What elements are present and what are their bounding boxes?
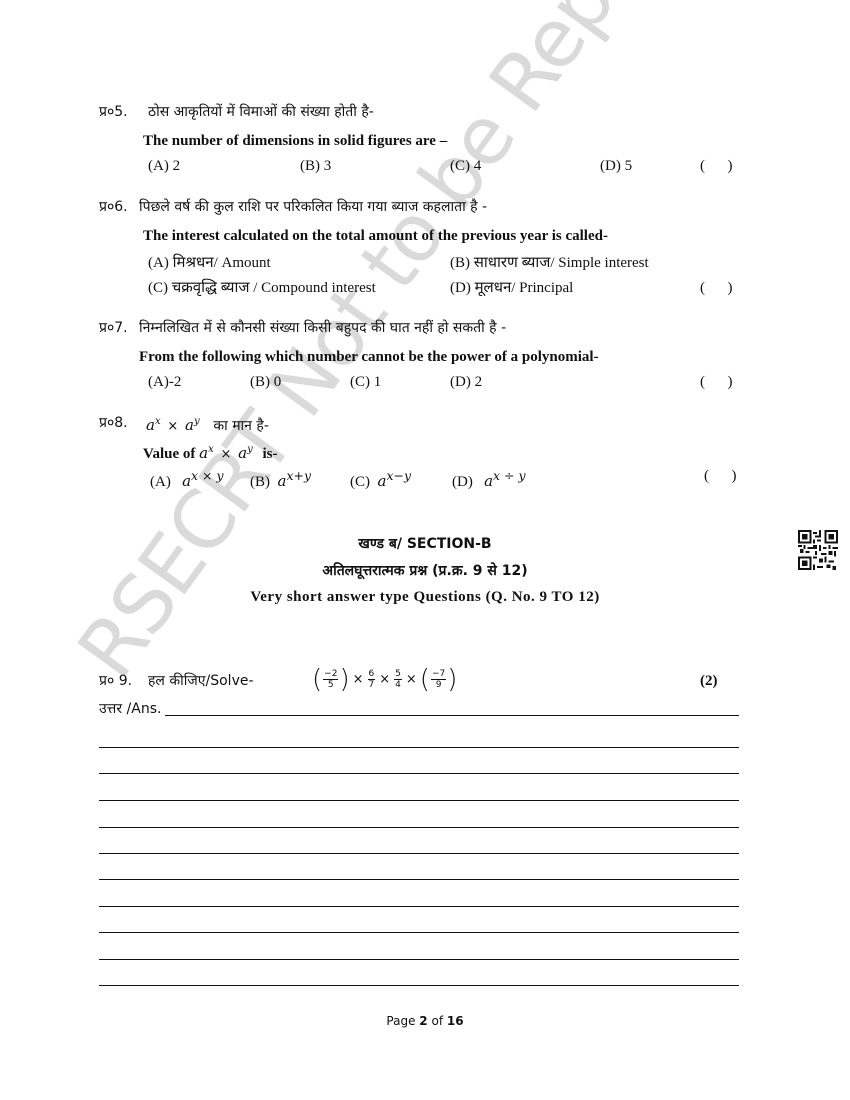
question-7-answer-box[interactable]: ( ): [700, 373, 733, 391]
question-7-english: From the following which number cannot b…: [139, 348, 599, 366]
question-8-option-a[interactable]: (A) ax × y: [150, 467, 224, 491]
answer-line[interactable]: [99, 932, 739, 933]
times-operator: ×: [379, 672, 390, 687]
question-7-option-a[interactable]: (A)-2: [148, 373, 181, 391]
answer-line[interactable]: [99, 827, 739, 828]
question-5-answer-box[interactable]: ( ): [700, 157, 733, 175]
fraction: 67: [367, 671, 377, 687]
question-8-english: Value of ax × ay is-: [143, 441, 277, 464]
question-5-option-c[interactable]: (C) 4: [450, 157, 481, 175]
question-6-option-c[interactable]: (C) चक्रवृद्धि ब्याज / Compound interest: [148, 279, 376, 297]
question-6-number: प्र०6.: [99, 198, 128, 216]
question-5-english: The number of dimensions in solid figure…: [143, 132, 447, 150]
question-7-option-b[interactable]: (B) 0: [250, 373, 281, 391]
question-7-number: प्र०7.: [99, 319, 128, 337]
fraction: (−79): [420, 671, 458, 687]
answer-line[interactable]: [99, 747, 739, 748]
question-8-answer-box[interactable]: ( ): [704, 467, 737, 485]
times-operator: ×: [353, 672, 364, 687]
question-8-option-d[interactable]: (D) ax ÷ y: [452, 467, 526, 491]
fraction: (−25): [312, 671, 350, 687]
question-7-option-c[interactable]: (C) 1: [350, 373, 381, 391]
question-6-option-a[interactable]: (A) मिश्रधन/ Amount: [148, 254, 271, 272]
answer-line[interactable]: [99, 879, 739, 880]
question-8-number: प्र०8.: [99, 414, 128, 432]
question-8-hindi-expression: ax × ay का मान है-: [146, 413, 269, 436]
fraction: 54: [393, 671, 403, 687]
answer-line[interactable]: [99, 773, 739, 774]
answer-line[interactable]: [99, 853, 739, 854]
answer-line[interactable]: [99, 800, 739, 801]
question-9-prompt: हल कीजिए/Solve-: [148, 672, 254, 690]
answer-line[interactable]: [99, 906, 739, 907]
question-7-hindi: निम्नलिखित में से कौनसी संख्या किसी बहुप…: [139, 319, 506, 337]
section-title: खण्ड ब/ SECTION-B: [0, 534, 850, 553]
question-6-hindi: पिछले वर्ष की कुल राशि पर परिकलित किया ग…: [139, 198, 487, 216]
question-8-option-b[interactable]: (B) ax+y: [250, 467, 311, 491]
answer-line[interactable]: [99, 959, 739, 960]
question-9-expression: (−25)×67×54×(−79): [312, 664, 457, 695]
section-subtitle-english: Very short answer type Questions (Q. No.…: [0, 589, 850, 606]
total-pages: 16: [447, 1014, 464, 1028]
answer-line[interactable]: [165, 715, 739, 716]
answer-label: उत्तर /Ans.: [99, 700, 161, 718]
page-footer: Page 2 of 16: [0, 1014, 850, 1028]
answer-line[interactable]: [99, 985, 739, 986]
qr-code-icon: [798, 530, 838, 570]
question-6-option-d[interactable]: (D) मूलधन/ Principal: [450, 279, 573, 297]
question-5-hindi: ठोस आकृतियों में विमाओं की संख्या होती ह…: [148, 103, 374, 121]
question-9-marks: (2): [700, 672, 718, 690]
question-8-option-c[interactable]: (C) ax−y: [350, 467, 411, 491]
question-5-number: प्र०5.: [99, 103, 128, 121]
current-page: 2: [419, 1014, 427, 1028]
question-5-option-d[interactable]: (D) 5: [600, 157, 632, 175]
times-operator: ×: [406, 672, 417, 687]
question-5-option-b[interactable]: (B) 3: [300, 157, 331, 175]
question-7-option-d[interactable]: (D) 2: [450, 373, 482, 391]
question-6-english: The interest calculated on the total amo…: [143, 227, 608, 245]
question-6-option-b[interactable]: (B) साधारण ब्याज/ Simple interest: [450, 254, 649, 272]
section-subtitle-hindi: अतिलघूत्तरात्मक प्रश्न (प्र.क्र. 9 से 12…: [0, 561, 850, 580]
question-5-option-a[interactable]: (A) 2: [148, 157, 180, 175]
question-6-answer-box[interactable]: ( ): [700, 279, 733, 297]
question-9-number: प्र० 9.: [99, 672, 132, 690]
